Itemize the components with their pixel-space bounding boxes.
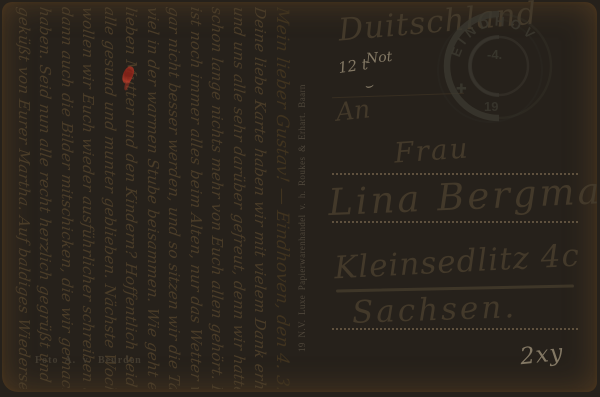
message-line: schon lange nichts mehr von Euch allen g… [206, 7, 228, 389]
message-line: Deine liebe Karte haben wir mit vielem D… [249, 7, 271, 389]
postcard-back: Mein lieber Gustav! — Eindhoven, den 4. … [2, 2, 597, 392]
postmark-stamp: EINDHOV -4. 19 ✚ [427, 4, 577, 130]
postmark-cross-icon: ✚ [456, 82, 467, 97]
postmark-outer-ring-right [499, 14, 551, 118]
message-line: geküßt von Eurer Martha. Auf baldiges Wi… [13, 7, 35, 389]
message-line: haben. Seid nun alle recht herzlich gegr… [34, 7, 56, 389]
pencil-sorting-note: 2xy [519, 340, 565, 370]
pencil-not-note: Not [365, 49, 393, 67]
message-line: Mein lieber Gustav! — Eindhoven, den 4. … [271, 7, 293, 389]
message-line: und uns alle sehr darüber gefreut, denn … [228, 7, 250, 389]
photo-credit: Foto A. v. Beurden [35, 355, 142, 366]
address-salutation: An [335, 94, 372, 126]
message-line: gar nicht besser werden, und so sitzen w… [163, 7, 185, 389]
message-line: lieben Mutter und den Kindern? Hoffentli… [120, 7, 142, 389]
address-street: Kleinsedlitz 4c [333, 238, 581, 287]
address-dotted-line-2 [332, 221, 578, 223]
postcard-photo: Mein lieber Gustav! — Eindhoven, den 4. … [0, 0, 600, 397]
message-line: dann auch die Bilder mitschicken, die wi… [56, 7, 78, 389]
address-region: Sachsen. [351, 289, 517, 331]
message-line: viel in der warmen Stube beisammen. Wie … [142, 7, 164, 389]
handwritten-message: Mein lieber Gustav! — Eindhoven, den 4. … [4, 7, 292, 389]
message-line: alle gesund und munter geblieben. Nächst… [99, 7, 121, 389]
address-title: Frau [393, 131, 471, 169]
postmark-date: -4. [487, 47, 502, 62]
pencil-rate-note: 12 t [337, 55, 369, 77]
address-dotted-line-3 [332, 328, 578, 330]
address-name: Lina Bergmann [327, 167, 600, 224]
pencil-tick-mark: ⌣ [363, 77, 375, 94]
publisher-imprint: 19 N.V. Luxe Papierwarenhandel v. h. Rou… [297, 52, 311, 352]
postmark-year: 19 [484, 99, 498, 114]
message-line: wollen wir Euch wieder ausführlicher sch… [77, 7, 99, 389]
postmark-inner-ring-left [470, 37, 499, 95]
message-line: ist noch immer alles beim Alten, nur das… [185, 7, 207, 389]
